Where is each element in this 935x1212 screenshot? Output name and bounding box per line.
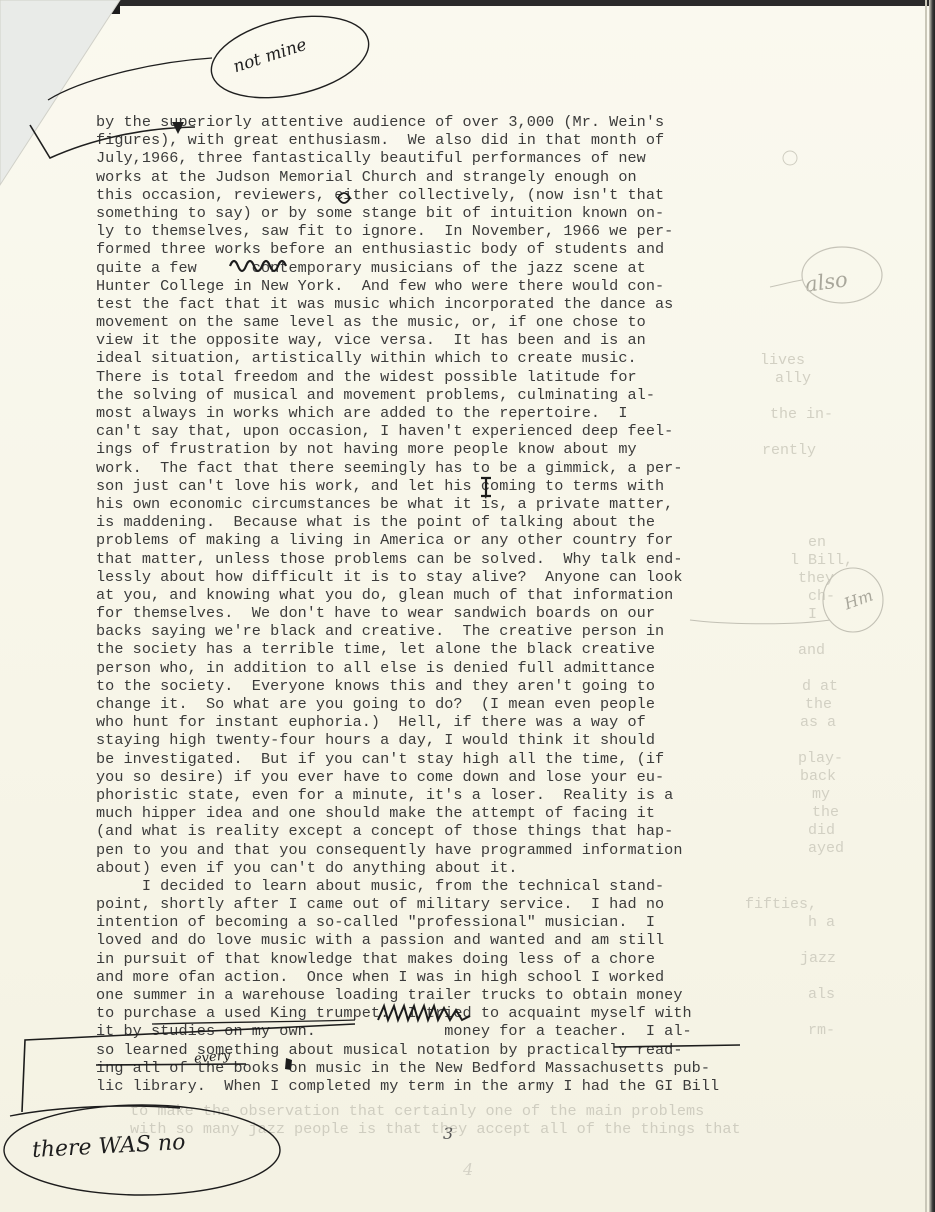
typed-line: formed three works before an enthusiasti…: [96, 240, 719, 258]
typed-line: ings of frustration by not having more p…: [96, 440, 719, 458]
typed-line: view it the opposite way, vice versa. It…: [96, 331, 719, 349]
typed-line: backs saying we're black and creative. T…: [96, 622, 719, 640]
typed-line: by the superiorly attentive audience of …: [96, 113, 719, 131]
bleed-through-text: to make the observation that certainly o…: [130, 1102, 741, 1138]
annotation-not-mine: not mine: [231, 35, 309, 78]
typed-line: son just can't love his work, and let hi…: [96, 477, 719, 495]
typed-line: work. The fact that there seemingly has …: [96, 459, 719, 477]
typed-line: I decided to learn about music, from the…: [96, 877, 719, 895]
typed-line: staying high twenty-four hours a day, I …: [96, 731, 719, 749]
typed-line: problems of making a living in America o…: [96, 531, 719, 549]
typed-line: change it. So what are you going to do? …: [96, 695, 719, 713]
typed-line: so learned something about musical notat…: [96, 1041, 719, 1059]
bleed-fragment: fifties,: [745, 896, 817, 913]
typed-line: who hunt for instant euphoria.) Hell, if…: [96, 713, 719, 731]
typed-line: lessly about how difficult it is to stay…: [96, 568, 719, 586]
typed-line: Hunter College in New York. And few who …: [96, 277, 719, 295]
bleed-fragment: rm-: [808, 1022, 844, 1039]
typed-line: and more ofan action. Once when I was in…: [96, 968, 719, 986]
typed-line: about) even if you can't do anything abo…: [96, 859, 719, 877]
typed-line: the solving of musical and movement prob…: [96, 386, 719, 404]
typed-line: you so desire) if you ever have to come …: [96, 768, 719, 786]
typed-line: ideal situation, artistically within whi…: [96, 349, 719, 367]
typed-line: to purchase a used King trumpet. I tried…: [96, 1004, 719, 1022]
typed-line: pen to you and that you consequently hav…: [96, 841, 719, 859]
page-number-mark: 3: [443, 1124, 453, 1143]
bleed-fragment: ayed: [808, 840, 844, 857]
typed-line: much hipper idea and one should make the…: [96, 804, 719, 822]
typed-line: this occasion, reviewers, either collect…: [96, 186, 719, 204]
typed-line: July,1966, three fantastically beautiful…: [96, 149, 719, 167]
typed-line: phoristic state, even for a minute, it's…: [96, 786, 719, 804]
typed-line: most always in works which are added to …: [96, 404, 719, 422]
typed-line: figures), with great enthusiasm. We also…: [96, 131, 719, 149]
typed-line: test the fact that it was music which in…: [96, 295, 719, 313]
typed-line: his own economic circumstances be what i…: [96, 495, 719, 513]
typed-line: the society has a terrible time, let alo…: [96, 640, 719, 658]
typed-line: something to say) or by some stange bit …: [96, 204, 719, 222]
typed-line: to the society. Everyone knows this and …: [96, 677, 719, 695]
typed-line: works at the Judson Memorial Church and …: [96, 168, 719, 186]
annotation-also: also: [804, 267, 850, 297]
document-page: lives ally the in- rently en l Bill, the…: [0, 0, 935, 1212]
bleed-line: to make the observation that certainly o…: [130, 1102, 741, 1120]
faint-page-mark: 4: [463, 1160, 473, 1179]
typed-line: loved and do love music with a passion a…: [96, 931, 719, 949]
bleed-line: with so many jazz people is that they ac…: [130, 1120, 741, 1138]
typed-line: intention of becoming a so-called "profe…: [96, 913, 719, 931]
typed-line: There is total freedom and the widest po…: [96, 368, 719, 386]
typed-line: be investigated. But if you can't stay h…: [96, 750, 719, 768]
bleed-through-margin: rm-: [808, 988, 844, 1073]
typed-line: that matter, unless those problems can b…: [96, 550, 719, 568]
typed-line: ly to themselves, saw fit to ignore. In …: [96, 222, 719, 240]
typed-line: person who, in addition to all else is d…: [96, 659, 719, 677]
typed-line: movement on the same level as the music,…: [96, 313, 719, 331]
typed-line: point, shortly after I came out of milit…: [96, 895, 719, 913]
typed-line: for themselves. We don't have to wear sa…: [96, 604, 719, 622]
typed-line: lic library. When I completed my term in…: [96, 1077, 719, 1095]
typed-line: (and what is reality except a concept of…: [96, 822, 719, 840]
typewritten-body: by the superiorly attentive audience of …: [96, 113, 719, 1095]
annotation-there-was-no: there WAS no: [31, 1130, 186, 1163]
bleed-through-margin: rently: [762, 408, 816, 493]
typed-line: can't say that, upon occasion, I haven't…: [96, 422, 719, 440]
typed-line: at you, and knowing what you do, glean m…: [96, 586, 719, 604]
typed-line: it by studies on my own. money for a tea…: [96, 1022, 719, 1040]
typed-line: ing all of the books on music in the New…: [96, 1059, 719, 1077]
bleed-fragment: rently: [762, 442, 816, 459]
typed-line: one summer in a warehouse loading traile…: [96, 986, 719, 1004]
typed-line: in pursuit of that knowledge that makes …: [96, 950, 719, 968]
typed-line: is maddening. Because what is the point …: [96, 513, 719, 531]
typed-line: quite a few contemporary musicians of th…: [96, 259, 719, 277]
